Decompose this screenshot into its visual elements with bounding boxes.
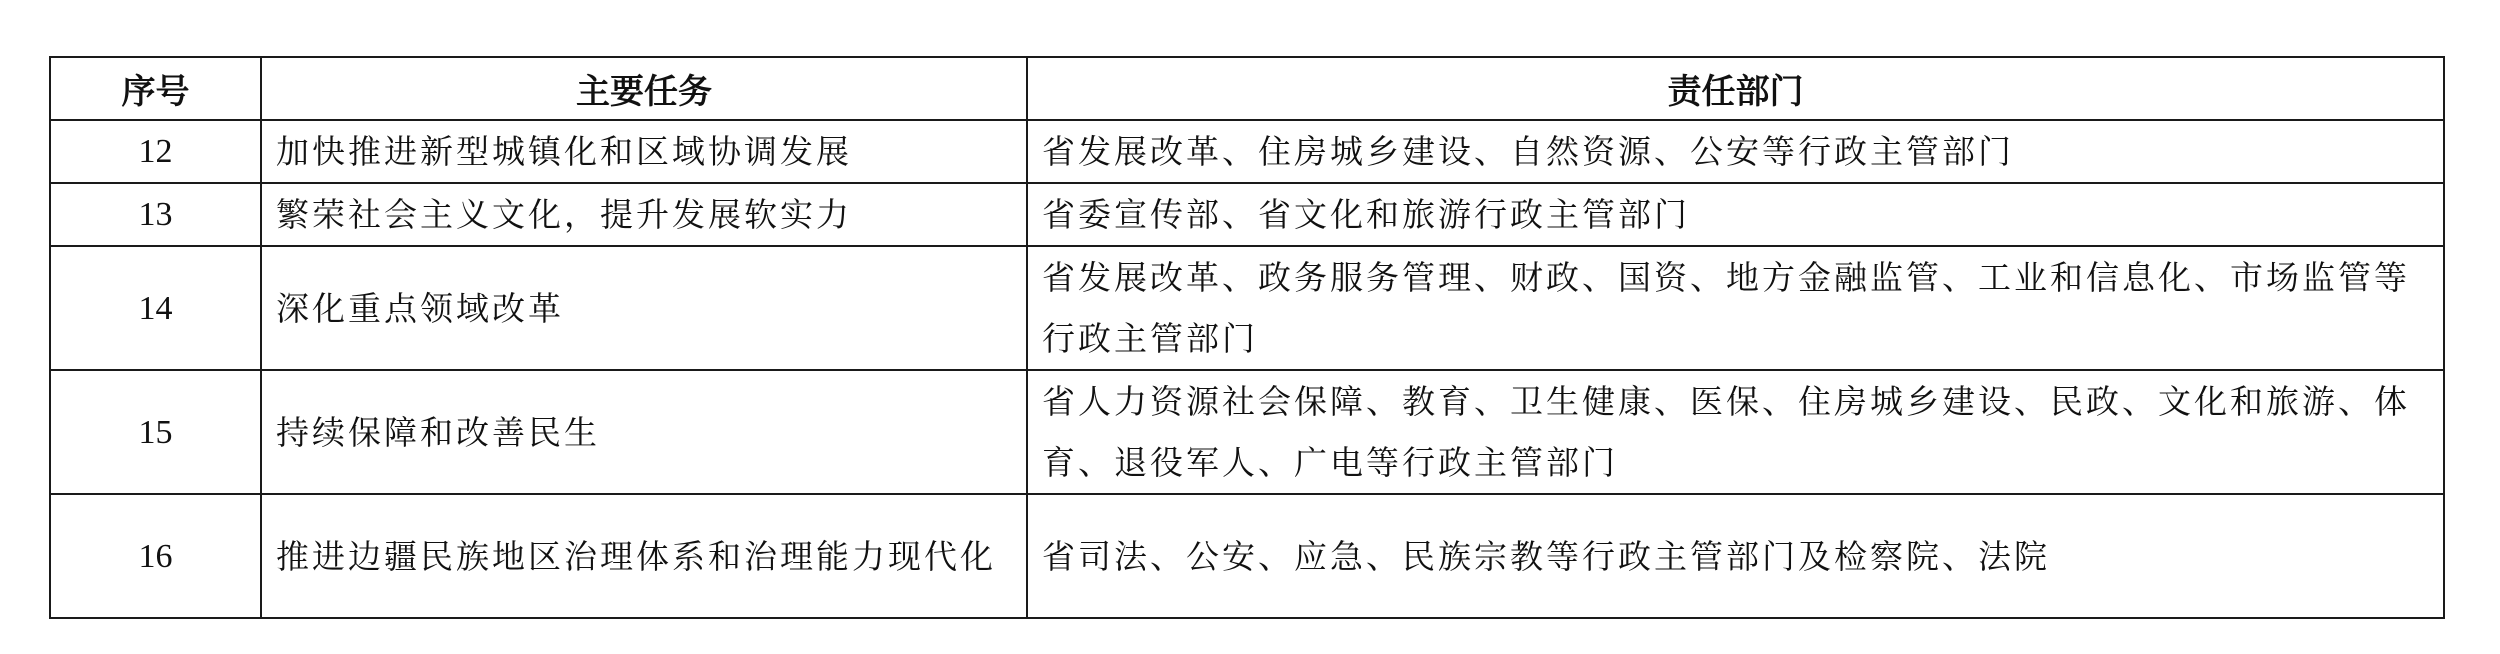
row-index: 14 xyxy=(50,246,261,370)
row-department: 省发展改革、政务服务管理、财政、国资、地方金融监管、工业和信息化、市场监管等行政… xyxy=(1027,246,2444,370)
row-task: 深化重点领域改革 xyxy=(261,246,1027,370)
row-index: 15 xyxy=(50,370,261,494)
table-header-row: 序号 主要任务 责任部门 xyxy=(50,57,2444,120)
table-row: 12 加快推进新型城镇化和区域协调发展 省发展改革、住房城乡建设、自然资源、公安… xyxy=(50,120,2444,183)
table-row: 16 推进边疆民族地区治理体系和治理能力现代化 省司法、公安、应急、民族宗教等行… xyxy=(50,494,2444,618)
column-header-department: 责任部门 xyxy=(1027,57,2444,120)
row-task: 持续保障和改善民生 xyxy=(261,370,1027,494)
row-department: 省发展改革、住房城乡建设、自然资源、公安等行政主管部门 xyxy=(1027,120,2444,183)
column-header-index: 序号 xyxy=(50,57,261,120)
table-row: 13 繁荣社会主义文化，提升发展软实力 省委宣传部、省文化和旅游行政主管部门 xyxy=(50,183,2444,246)
row-index: 13 xyxy=(50,183,261,246)
row-department: 省委宣传部、省文化和旅游行政主管部门 xyxy=(1027,183,2444,246)
row-task: 繁荣社会主义文化，提升发展软实力 xyxy=(261,183,1027,246)
table-row: 15 持续保障和改善民生 省人力资源社会保障、教育、卫生健康、医保、住房城乡建设… xyxy=(50,370,2444,494)
column-header-task: 主要任务 xyxy=(261,57,1027,120)
row-index: 16 xyxy=(50,494,261,618)
row-task: 加快推进新型城镇化和区域协调发展 xyxy=(261,120,1027,183)
row-department: 省人力资源社会保障、教育、卫生健康、医保、住房城乡建设、民政、文化和旅游、体育、… xyxy=(1027,370,2444,494)
table-row: 14 深化重点领域改革 省发展改革、政务服务管理、财政、国资、地方金融监管、工业… xyxy=(50,246,2444,370)
row-department: 省司法、公安、应急、民族宗教等行政主管部门及检察院、法院 xyxy=(1027,494,2444,618)
row-index: 12 xyxy=(50,120,261,183)
responsibility-table: 序号 主要任务 责任部门 12 加快推进新型城镇化和区域协调发展 省发展改革、住… xyxy=(49,56,2445,619)
row-task: 推进边疆民族地区治理体系和治理能力现代化 xyxy=(261,494,1027,618)
